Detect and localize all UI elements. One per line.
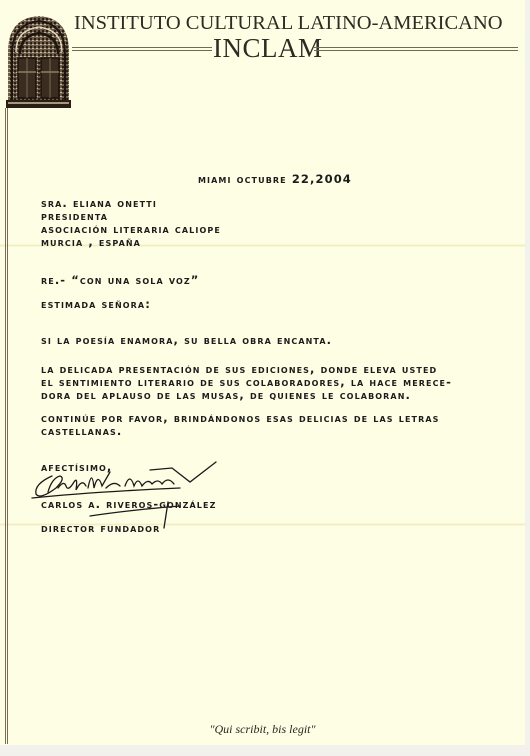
recipient-location: Murcia , España [41, 235, 141, 249]
reference-line: Re.- “Con una sola voz” [41, 273, 199, 287]
recipient-organization: Asociación Literaria caliope [41, 222, 221, 236]
letter-page: INSTITUTO CULTURAL LATINO-AMERICANO INCL… [0, 0, 525, 745]
decorative-double-rule [72, 47, 212, 51]
body-paragraph-3-line-1: Continúe por favor, brindándonos esas de… [41, 411, 440, 425]
footer-motto: "Qui scribit, bis legit" [0, 722, 525, 737]
signer-name: Carlos A. Riveros-González [41, 497, 216, 511]
body-paragraph-2-line-1: La delicada presentación de sus edicione… [41, 362, 437, 376]
signer-title: Director Fundador [41, 521, 160, 535]
acronym-banner: INCLAM [72, 33, 518, 63]
body-paragraph-2-line-3: dora del aplauso de las musas, de quiene… [41, 388, 411, 402]
decorative-double-rule [314, 47, 518, 51]
salutation: Estimada Señora: [41, 297, 151, 311]
body-paragraph-1: Si la poesía enamora, su bella obra enca… [41, 333, 332, 347]
body-paragraph-2-line-2: el sentimiento literario de sus colabora… [41, 375, 452, 389]
body-paragraph-3-line-2: castellanas. [41, 424, 122, 438]
institution-name: INSTITUTO CULTURAL LATINO-AMERICANO [74, 12, 503, 35]
date-line: Miami Octubre 22,2004 [198, 172, 352, 186]
recipient-title: Presidenta [41, 209, 108, 223]
institution-acronym: INCLAM [213, 33, 323, 64]
arched-doorway-engraving-icon [6, 14, 71, 108]
recipient-name: Sra. Eliana Onetti [41, 196, 157, 210]
margin-double-rule [5, 108, 8, 744]
